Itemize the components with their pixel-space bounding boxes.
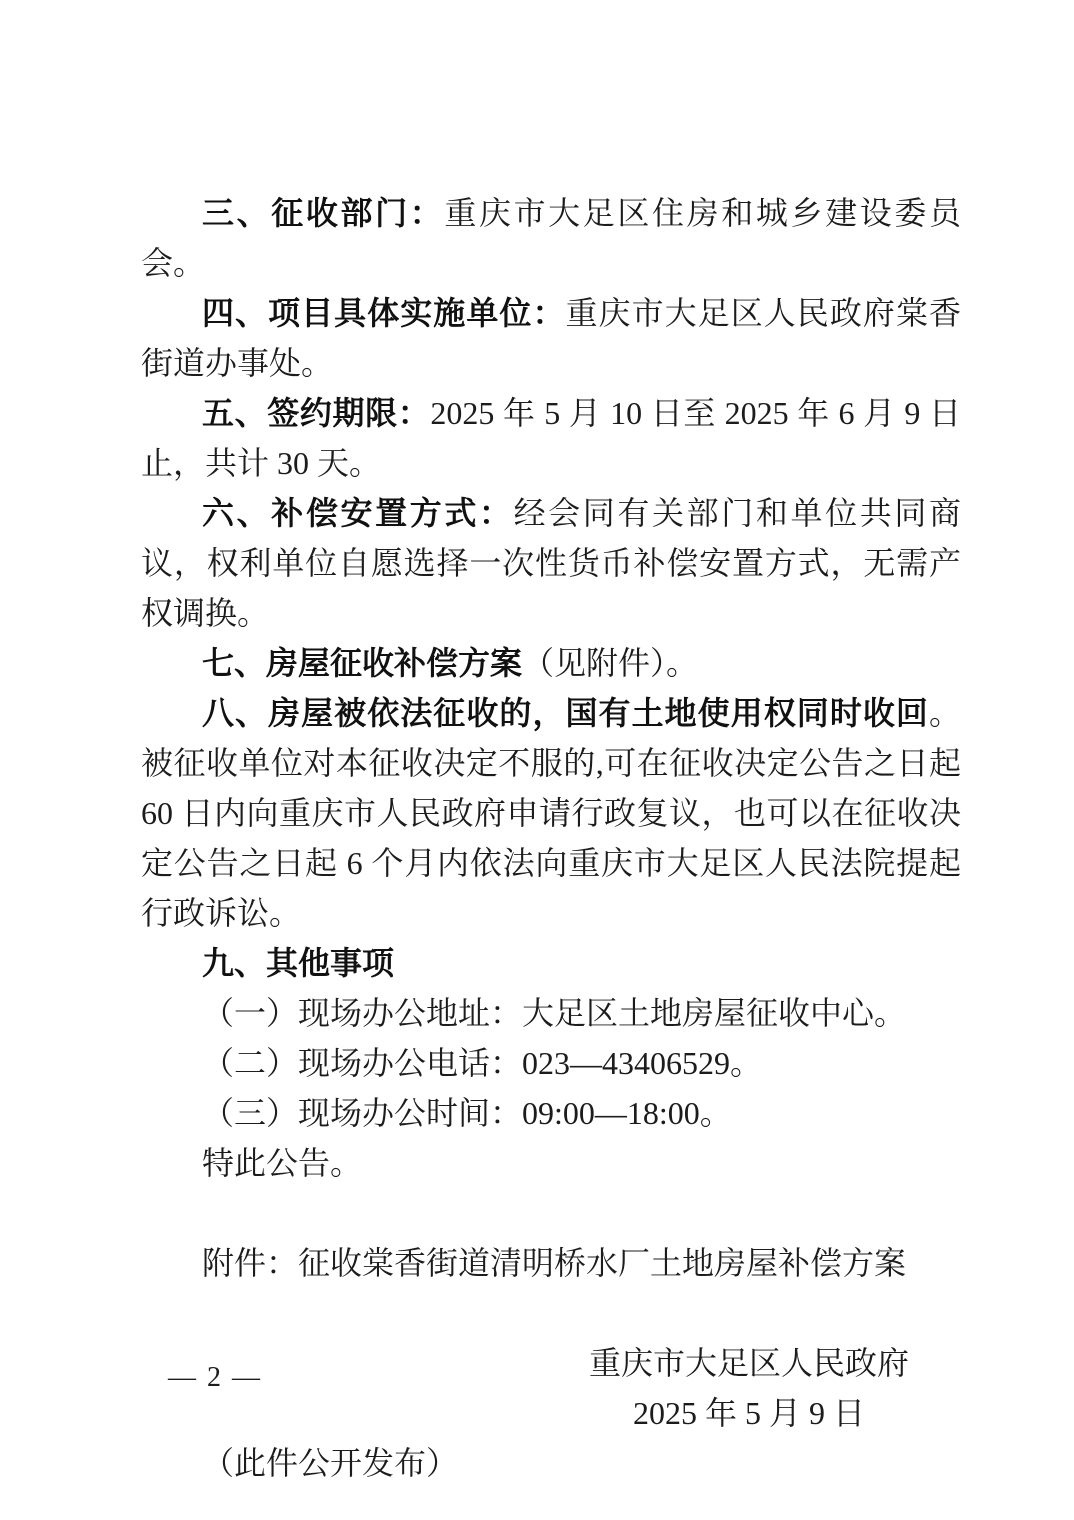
signature-date: 2025 年 5 月 9 日 — [633, 1388, 865, 1438]
item-3-paragraph: （三）现场办公时间：09:00—18:00。 — [141, 1088, 961, 1138]
clause-4-paragraph: 四、项目具体实施单位：重庆市大足区人民政府棠香街道办事处。 — [141, 288, 961, 388]
clause-9-paragraph: 九、其他事项 — [141, 938, 961, 988]
clause-5-heading: 五、签约期限： — [202, 395, 430, 431]
clause-6-paragraph: 六、补偿安置方式：经会同有关部门和单位共同商议，权利单位自愿选择一次性货币补偿安… — [141, 488, 961, 638]
document-body: 三、征收部门：重庆市大足区住房和城乡建设委员会。 四、项目具体实施单位：重庆市大… — [141, 188, 961, 1488]
publish-note: （此件公开发布） — [141, 1438, 961, 1488]
signature-block: 重庆市大足区人民政府 2025 年 5 月 9 日 — [589, 1338, 909, 1438]
item-2-text: （二）现场办公电话：023—43406529。 — [202, 1045, 762, 1081]
item-1-paragraph: （一）现场办公地址：大足区土地房屋征收中心。 — [141, 988, 961, 1038]
closing-statement-text: 特此公告。 — [202, 1145, 362, 1181]
clause-7-heading: 七、房屋征收补偿方案 — [202, 645, 522, 681]
clause-5-paragraph: 五、签约期限：2025 年 5 月 10 日至 2025 年 6 月 9 日止，… — [141, 388, 961, 488]
clause-7-paragraph: 七、房屋征收补偿方案（见附件）。 — [141, 638, 961, 688]
clause-9-heading: 九、其他事项 — [202, 945, 394, 981]
clause-7-text: （见附件）。 — [522, 645, 698, 681]
item-2-paragraph: （二）现场办公电话：023—43406529。 — [141, 1038, 961, 1088]
clause-8-heading: 八、房屋被依法征收的，国有土地使用权同时收回 — [202, 695, 929, 731]
clause-4-heading: 四、项目具体实施单位： — [202, 295, 566, 331]
signature-issuer: 重庆市大足区人民政府 — [589, 1338, 909, 1388]
clause-8-paragraph: 八、房屋被依法征收的，国有土地使用权同时收回。被征收单位对本征收决定不服的,可在… — [141, 688, 961, 938]
item-3-text: （三）现场办公时间：09:00—18:00。 — [202, 1095, 732, 1131]
closing-statement: 特此公告。 — [141, 1138, 961, 1188]
clause-6-heading: 六、补偿安置方式： — [202, 495, 514, 531]
document-page: 三、征收部门：重庆市大足区住房和城乡建设委员会。 四、项目具体实施单位：重庆市大… — [0, 0, 1074, 1520]
clause-3-paragraph: 三、征收部门：重庆市大足区住房和城乡建设委员会。 — [141, 188, 961, 288]
clause-3-heading: 三、征收部门： — [202, 195, 444, 231]
item-1-text: （一）现场办公地址：大足区土地房屋征收中心。 — [202, 995, 906, 1031]
attachment-line: 附件：征收棠香街道清明桥水厂土地房屋补偿方案 — [141, 1238, 961, 1288]
page-number: — 2 — — [168, 1358, 262, 1398]
